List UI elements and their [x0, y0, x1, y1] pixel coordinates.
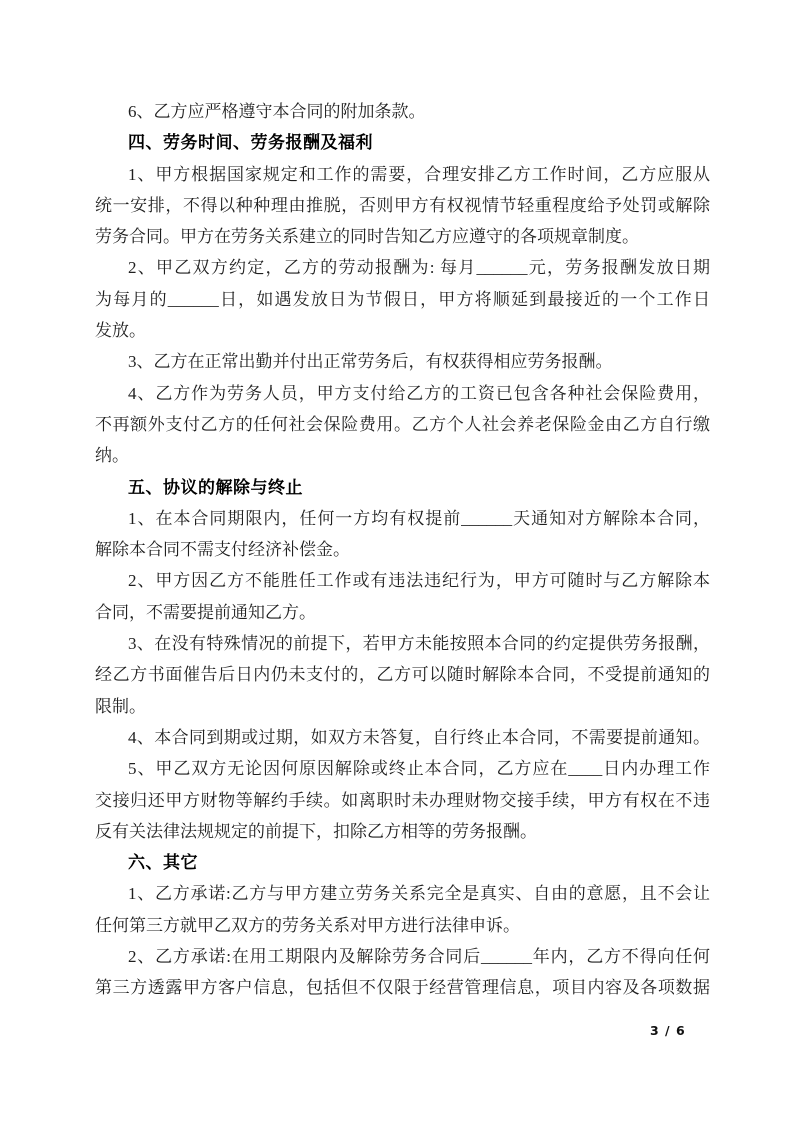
document-line: 第三方透露甲方客户信息，包括但不仅限于经营管理信息，项目内容及各项数据 [95, 972, 710, 1003]
document-body: 6、乙方应严格遵守本合同的附加条款。四、劳务时间、劳务报酬及福利1、甲方根据国家… [95, 96, 710, 1004]
document-line: 4、乙方作为劳务人员，甲方支付给乙方的工资已包含各种社会保险费用， [95, 378, 710, 409]
document-line: 任何第三方就甲乙双方的劳务关系对甲方进行法律申诉。 [95, 910, 710, 941]
document-line: 5、甲乙双方无论因何原因解除或终止本合同，乙方应在____日内办理工作 [95, 753, 710, 784]
document-line: 限制。 [95, 691, 710, 722]
document-line: 为每月的______日，如遇发放日为节假日，甲方将顺延到最接近的一个工作日 [95, 284, 710, 315]
document-line: 合同，不需要提前通知乙方。 [95, 597, 710, 628]
document-line: 6、乙方应严格遵守本合同的附加条款。 [95, 96, 710, 127]
document-line: 统一安排，不得以种种理由推脱，否则甲方有权视情节轻重程度给予处罚或解除 [95, 190, 710, 221]
document-line: 2、甲方因乙方不能胜任工作或有违法违纪行为，甲方可随时与乙方解除本 [95, 565, 710, 596]
document-line: 1、乙方承诺:乙方与甲方建立劳务关系完全是真实、自由的意愿，且不会让 [95, 878, 710, 909]
document-line: 反有关法律法规规定的前提下，扣除乙方相等的劳务报酬。 [95, 816, 710, 847]
document-line: 交接归还甲方财物等解约手续。如离职时未办理财物交接手续，甲方有权在不违 [95, 785, 710, 816]
document-line: 发放。 [95, 315, 710, 346]
document-line: 1、甲方根据国家规定和工作的需要，合理安排乙方工作时间，乙方应服从 [95, 159, 710, 190]
document-line: 2、甲乙双方约定，乙方的劳动报酬为: 每月______元，劳务报酬发放日期 [95, 252, 710, 283]
document-line: 不再额外支付乙方的任何社会保险费用。乙方个人社会养老保险金由乙方自行缴 [95, 409, 710, 440]
document-line: 3、乙方在正常出勤并付出正常劳务后，有权获得相应劳务报酬。 [95, 346, 710, 377]
document-line: 4、本合同到期或过期，如双方未答复，自行终止本合同，不需要提前通知。 [95, 722, 710, 753]
section-heading: 六、其它 [95, 847, 710, 878]
document-line: 纳。 [95, 440, 710, 471]
document-line: 经乙方书面催告后日内仍未支付的，乙方可以随时解除本合同，不受提前通知的 [95, 659, 710, 690]
page-number: 3 / 6 [650, 1023, 686, 1038]
section-heading: 四、劳务时间、劳务报酬及福利 [95, 127, 710, 158]
document-line: 3、在没有特殊情况的前提下，若甲方未能按照本合同的约定提供劳务报酬， [95, 628, 710, 659]
document-line: 2、乙方承诺:在用工期限内及解除劳务合同后______年内，乙方不得向任何 [95, 941, 710, 972]
document-line: 1、在本合同期限内，任何一方均有权提前______天通知对方解除本合同， [95, 503, 710, 534]
document-line: 劳务合同。甲方在劳务关系建立的同时告知乙方应遵守的各项规章制度。 [95, 221, 710, 252]
document-line: 解除本合同不需支付经济补偿金。 [95, 534, 710, 565]
document-page: 6、乙方应严格遵守本合同的附加条款。四、劳务时间、劳务报酬及福利1、甲方根据国家… [0, 0, 793, 1122]
section-heading: 五、协议的解除与终止 [95, 472, 710, 503]
